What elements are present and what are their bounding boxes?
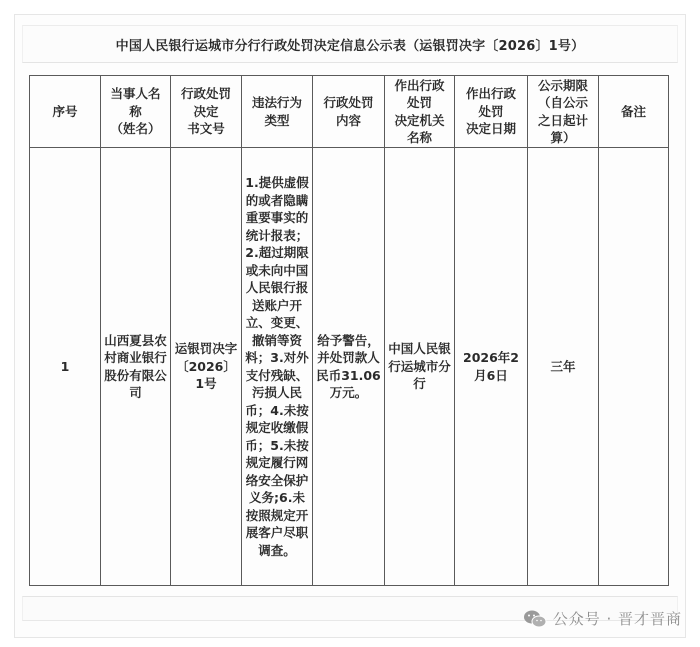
header-line: 决定 (174, 103, 238, 121)
header-index: 序号 (30, 76, 101, 148)
header-line: 名称 (388, 129, 451, 147)
header-line: 处罚 (458, 103, 524, 121)
cell-remarks (599, 148, 669, 586)
wechat-icon (523, 610, 547, 628)
header-row: 序号 当事人名 称 （姓名） 行政处罚 决定 书文号 违法行为 类型 行政处 (30, 76, 669, 148)
cell-party-name: 山西夏县农村商业银行股份有限公司 (101, 148, 171, 586)
header-decision-no: 行政处罚 决定 书文号 (171, 76, 242, 148)
cell-decision-no: 运银罚决字〔2026〕1号 (171, 148, 242, 586)
watermark: 公众号 · 晋才晋商 (523, 608, 682, 629)
header-line: （自公示 (531, 94, 595, 112)
header-line: 作出行政 (458, 85, 524, 103)
header-line: 序号 (33, 103, 97, 121)
cell-authority: 中国人民银行运城市分行 (385, 148, 455, 586)
header-line: 行政处罚 (316, 94, 381, 112)
header-line: 算） (531, 129, 595, 147)
header-line: 决定机关 (388, 112, 451, 130)
header-line: 类型 (245, 112, 309, 130)
header-line: 作出行政 (388, 77, 451, 95)
cell-decision-date: 2026年2月6日 (455, 148, 528, 586)
header-line: 书文号 (174, 120, 238, 138)
header-line: 之日起计 (531, 112, 595, 130)
header-violation-type: 违法行为 类型 (242, 76, 313, 148)
cell-index: 1 (30, 148, 101, 586)
document-title: 中国人民银行运城市分行行政处罚决定信息公示表（运银罚决字〔2026〕1号） (22, 25, 678, 63)
cell-penalty-content: 给予警告，并处罚款人民币31.06万元。 (313, 148, 385, 586)
header-penalty-content: 行政处罚 内容 (313, 76, 385, 148)
header-disclosure-period: 公示期限 （自公示 之日起计 算） (528, 76, 599, 148)
header-line: 违法行为 (245, 94, 309, 112)
header-line: 行政处罚 (174, 85, 238, 103)
header-line: 决定日期 (458, 120, 524, 138)
penalty-table-container: 序号 当事人名 称 （姓名） 行政处罚 决定 书文号 违法行为 类型 行政处 (29, 75, 669, 586)
header-party-name: 当事人名 称 （姓名） (101, 76, 171, 148)
header-line: 公示期限 (531, 77, 595, 95)
penalty-table: 序号 当事人名 称 （姓名） 行政处罚 决定 书文号 违法行为 类型 行政处 (29, 75, 669, 586)
header-decision-date: 作出行政 处罚 决定日期 (455, 76, 528, 148)
header-line: 处罚 (388, 94, 451, 112)
watermark-text: 公众号 · 晋才晋商 (553, 608, 682, 629)
header-remarks: 备注 (599, 76, 669, 148)
header-line: 称 (104, 103, 167, 121)
header-line: 内容 (316, 112, 381, 130)
header-line: （姓名） (104, 120, 167, 138)
header-authority: 作出行政 处罚 决定机关 名称 (385, 76, 455, 148)
cell-disclosure-period: 三年 (528, 148, 599, 586)
header-line: 当事人名 (104, 85, 167, 103)
cell-violation-type: 1.提供虚假的或者隐瞒重要事实的统计报表；2.超过期限或未向中国人民银行报送账户… (242, 148, 313, 586)
title-text: 中国人民银行运城市分行行政处罚决定信息公示表（运银罚决字〔2026〕1号） (116, 35, 585, 54)
header-line: 备注 (602, 103, 665, 121)
table-row: 1 山西夏县农村商业银行股份有限公司 运银罚决字〔2026〕1号 1.提供虚假的… (30, 148, 669, 586)
